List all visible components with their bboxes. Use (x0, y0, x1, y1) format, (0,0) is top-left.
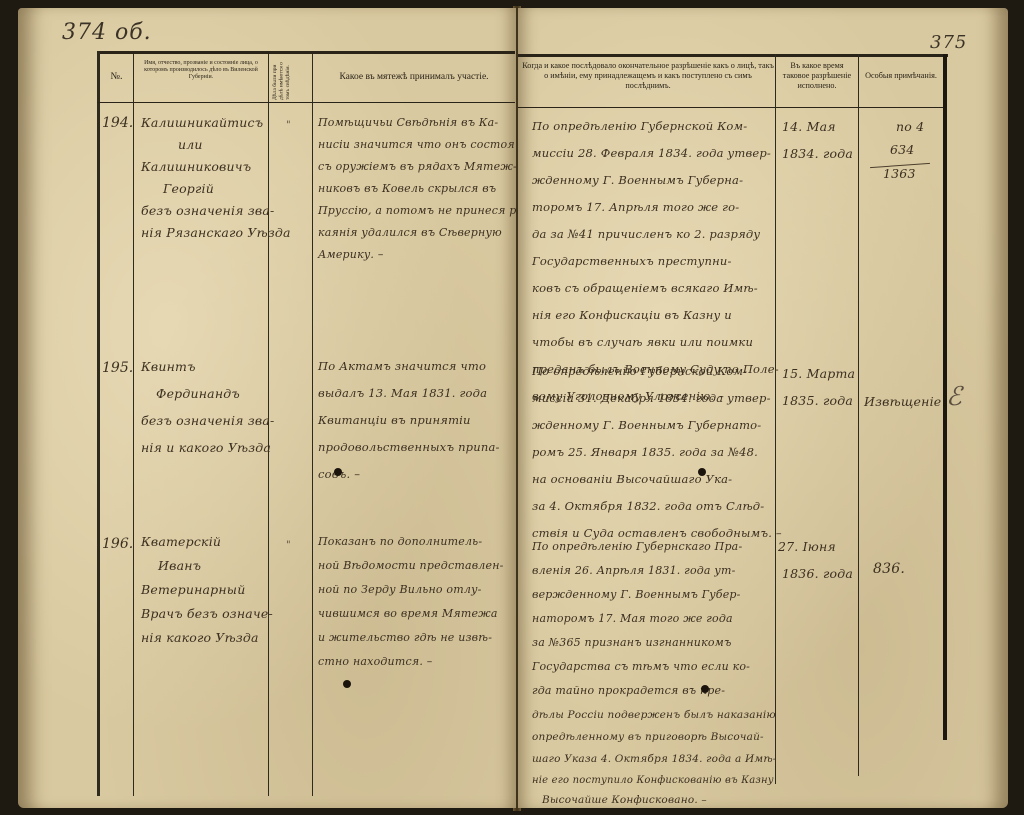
col-divider-2 (858, 54, 859, 776)
entry-resolution-line: ромъ 25. Января 1835. года за №48. (532, 439, 758, 466)
entry-resolution-line: нія его Конфискаціи въ Казну и (532, 302, 732, 329)
paper-hole (701, 685, 709, 693)
paper-hole (343, 680, 351, 688)
entry-resolution-line: Высочайше Конфисковано. – (542, 789, 707, 811)
entry-participation-line: никовъ въ Ковель скрылся въ (318, 178, 496, 200)
entry-person-line: нія Рязанскаго Уѣзда (141, 222, 291, 244)
entry-executed-line: 15. Марта (782, 360, 855, 387)
entry-remarks-line: 634 (890, 136, 914, 163)
entry-participation-line: каянія удалился въ Сѣверную (318, 222, 502, 244)
entry-participation-line: Америку. – (318, 244, 384, 266)
page-number-right: 375 (930, 32, 967, 53)
entry-participation-line: Показанъ по дополнитель- (318, 531, 482, 553)
entry-resolution-line: за №365 признанъ изгнанникомъ (532, 632, 732, 654)
col-divider-3 (312, 54, 313, 796)
paper-hole (334, 468, 342, 476)
entry-participation-line: ной по Зерду Вильно отлу- (318, 579, 482, 601)
entry-number: 194. (102, 115, 133, 131)
entry-person-line: нія и какого Уѣзда (141, 434, 271, 461)
entry-person-line: Фердинандъ (156, 380, 240, 407)
entry-person-line: безъ означенія зва- (141, 407, 274, 434)
header-executed: Въ какое время таковое разрѣшеніе исполн… (777, 61, 857, 91)
entry-participation-line: Квитанціи въ принятіи (318, 407, 471, 434)
entry-resolution-line: миссіи 31. Декабря 1834. года утвер- (532, 385, 771, 412)
entry-resolution-line: торомъ 17. Апрѣля того же го- (532, 194, 739, 221)
entry-resolution-line: шаго Указа 4. Октября 1834. года а Имѣ- (532, 748, 777, 770)
entry-person-line: Врачъ безъ означе- (141, 603, 273, 625)
entry-resolution-line: По опредѣленію Губернской Ком- (532, 113, 747, 140)
entry-executed-line: 1834. года (782, 140, 853, 167)
header-person: Имя, отчество, прозваніе и состояніе лиц… (135, 60, 267, 81)
header-remarks: Особыя примѣчанія. (860, 71, 942, 81)
entry-person-line: Кватерскій (141, 531, 221, 553)
entry-number: 195. (102, 360, 133, 376)
entry-resolution-line: да за №41 причисленъ ко 2. разряду (532, 221, 760, 248)
entry-participation-line: стно находится. – (318, 651, 432, 673)
header-number: №. (100, 72, 133, 82)
header-resolution: Когда и какое послѣдовало окончательное … (522, 61, 774, 91)
col-divider-1 (133, 54, 134, 796)
entry-participation-line: нисіи значится что онъ состоя (318, 134, 515, 156)
signature-flourish: ℰ (946, 382, 962, 412)
entry-resolution-line: Государственныхъ преступни- (532, 248, 732, 275)
entry-resolution-line: наторомъ 17. Мая того же года (532, 608, 733, 630)
entry-participation-line: и жительство гдѣ не извѣ- (318, 627, 492, 649)
entry-participation-line: продовольственныхъ припа- (318, 434, 500, 461)
ditto-mark: " (286, 120, 291, 131)
entry-resolution-line: миссіи 28. Февраля 1834. года утвер- (532, 140, 771, 167)
entry-participation-line: По Актамъ значится что (318, 353, 486, 380)
entry-resolution-line: жденному Г. Военнымъ Губерна- (532, 167, 743, 194)
col-divider-1 (775, 54, 776, 784)
entry-resolution-line: По опредѣленію Губернской Ком- (532, 358, 747, 385)
entry-person-line: Ветеринарный (141, 579, 245, 601)
entry-resolution-line: жденному Г. Военнымъ Губернато- (532, 412, 761, 439)
entry-executed-line: 1836. года (782, 560, 853, 587)
header-bottom-rule (518, 107, 943, 108)
entry-person-line: или (178, 134, 203, 156)
entry-remarks-line: Извѣщеніе (864, 388, 941, 415)
entry-participation-line: Пруссію, а потомъ не принеся рас- (318, 200, 534, 222)
left-page: 374 об. №. Имя, отчество, прозваніе и со… (18, 8, 516, 808)
entry-participation-line: выдалъ 13. Мая 1831. года (318, 380, 487, 407)
paper-hole (698, 468, 706, 476)
table-left-border (97, 51, 100, 796)
ditto-mark: " (286, 540, 291, 551)
table-top-rule (97, 51, 515, 54)
entry-resolution-line: ковъ съ обращеніемъ всякаго Имѣ- (532, 275, 758, 302)
header-narrow: Дѣла были при дѣлѣ имѣются о томъ свѣдѣн… (272, 58, 292, 100)
entry-resolution-line: вержденному Г. Военнымъ Губер- (532, 584, 741, 606)
header-bottom-rule (97, 102, 515, 103)
entry-participation-line: чившимся во время Мятежа (318, 603, 498, 625)
entry-resolution-line: дѣлы Россіи подверженъ былъ наказанію (532, 704, 776, 726)
header-participation: Какое въ мятежѣ принималъ участіе. (314, 72, 514, 82)
entry-person-line: Георгій (163, 178, 214, 200)
entry-participation-line: Помѣщичьи Свѣдѣнія въ Ка- (318, 112, 498, 134)
entry-remarks-line: 1363 (883, 160, 916, 187)
entry-resolution-line: опредѣленному въ приговорѣ Высочай- (532, 726, 764, 748)
entry-person-line: Калишниковичъ (141, 156, 251, 178)
entry-resolution-line: чтобы въ случаѣ явки или поимки (532, 329, 753, 356)
entry-participation-line: ной Вѣдомости представлен- (318, 555, 504, 577)
entry-number: 196. (102, 536, 133, 552)
table-top-rule (518, 54, 948, 57)
entry-resolution-line: По опредѣленію Губернскаго Пра- (532, 536, 742, 558)
entry-person-line: безъ означенія зва- (141, 200, 274, 222)
entry-resolution-line: вленія 26. Апрѣля 1831. года ут- (532, 560, 736, 582)
entry-executed-line: 1835. года (782, 387, 853, 414)
entry-remarks-line: 836. (873, 556, 905, 583)
entry-resolution-line: Государства съ тѣмъ что если ко- (532, 656, 750, 678)
entry-person-line: Иванъ (158, 555, 201, 577)
right-page: 375 Когда и какое послѣдовало окончатель… (518, 8, 1008, 808)
entry-person-line: нія какого Уѣзда (141, 627, 259, 649)
entry-executed-line: 14. Мая (782, 113, 836, 140)
entry-resolution-line: за 4. Октября 1832. года отъ Слѣд- (532, 493, 764, 520)
page-number-left: 374 об. (62, 20, 152, 45)
entry-person-line: Калишникайтисъ (141, 112, 263, 134)
entry-executed-line: 27. Іюня (778, 533, 836, 560)
entry-participation-line: съ оружіемъ въ рядахъ Мятеж- (318, 156, 517, 178)
entry-person-line: Квинтъ (141, 353, 196, 380)
entry-resolution-line: гда тайно прокрадется въ пре- (532, 680, 725, 702)
